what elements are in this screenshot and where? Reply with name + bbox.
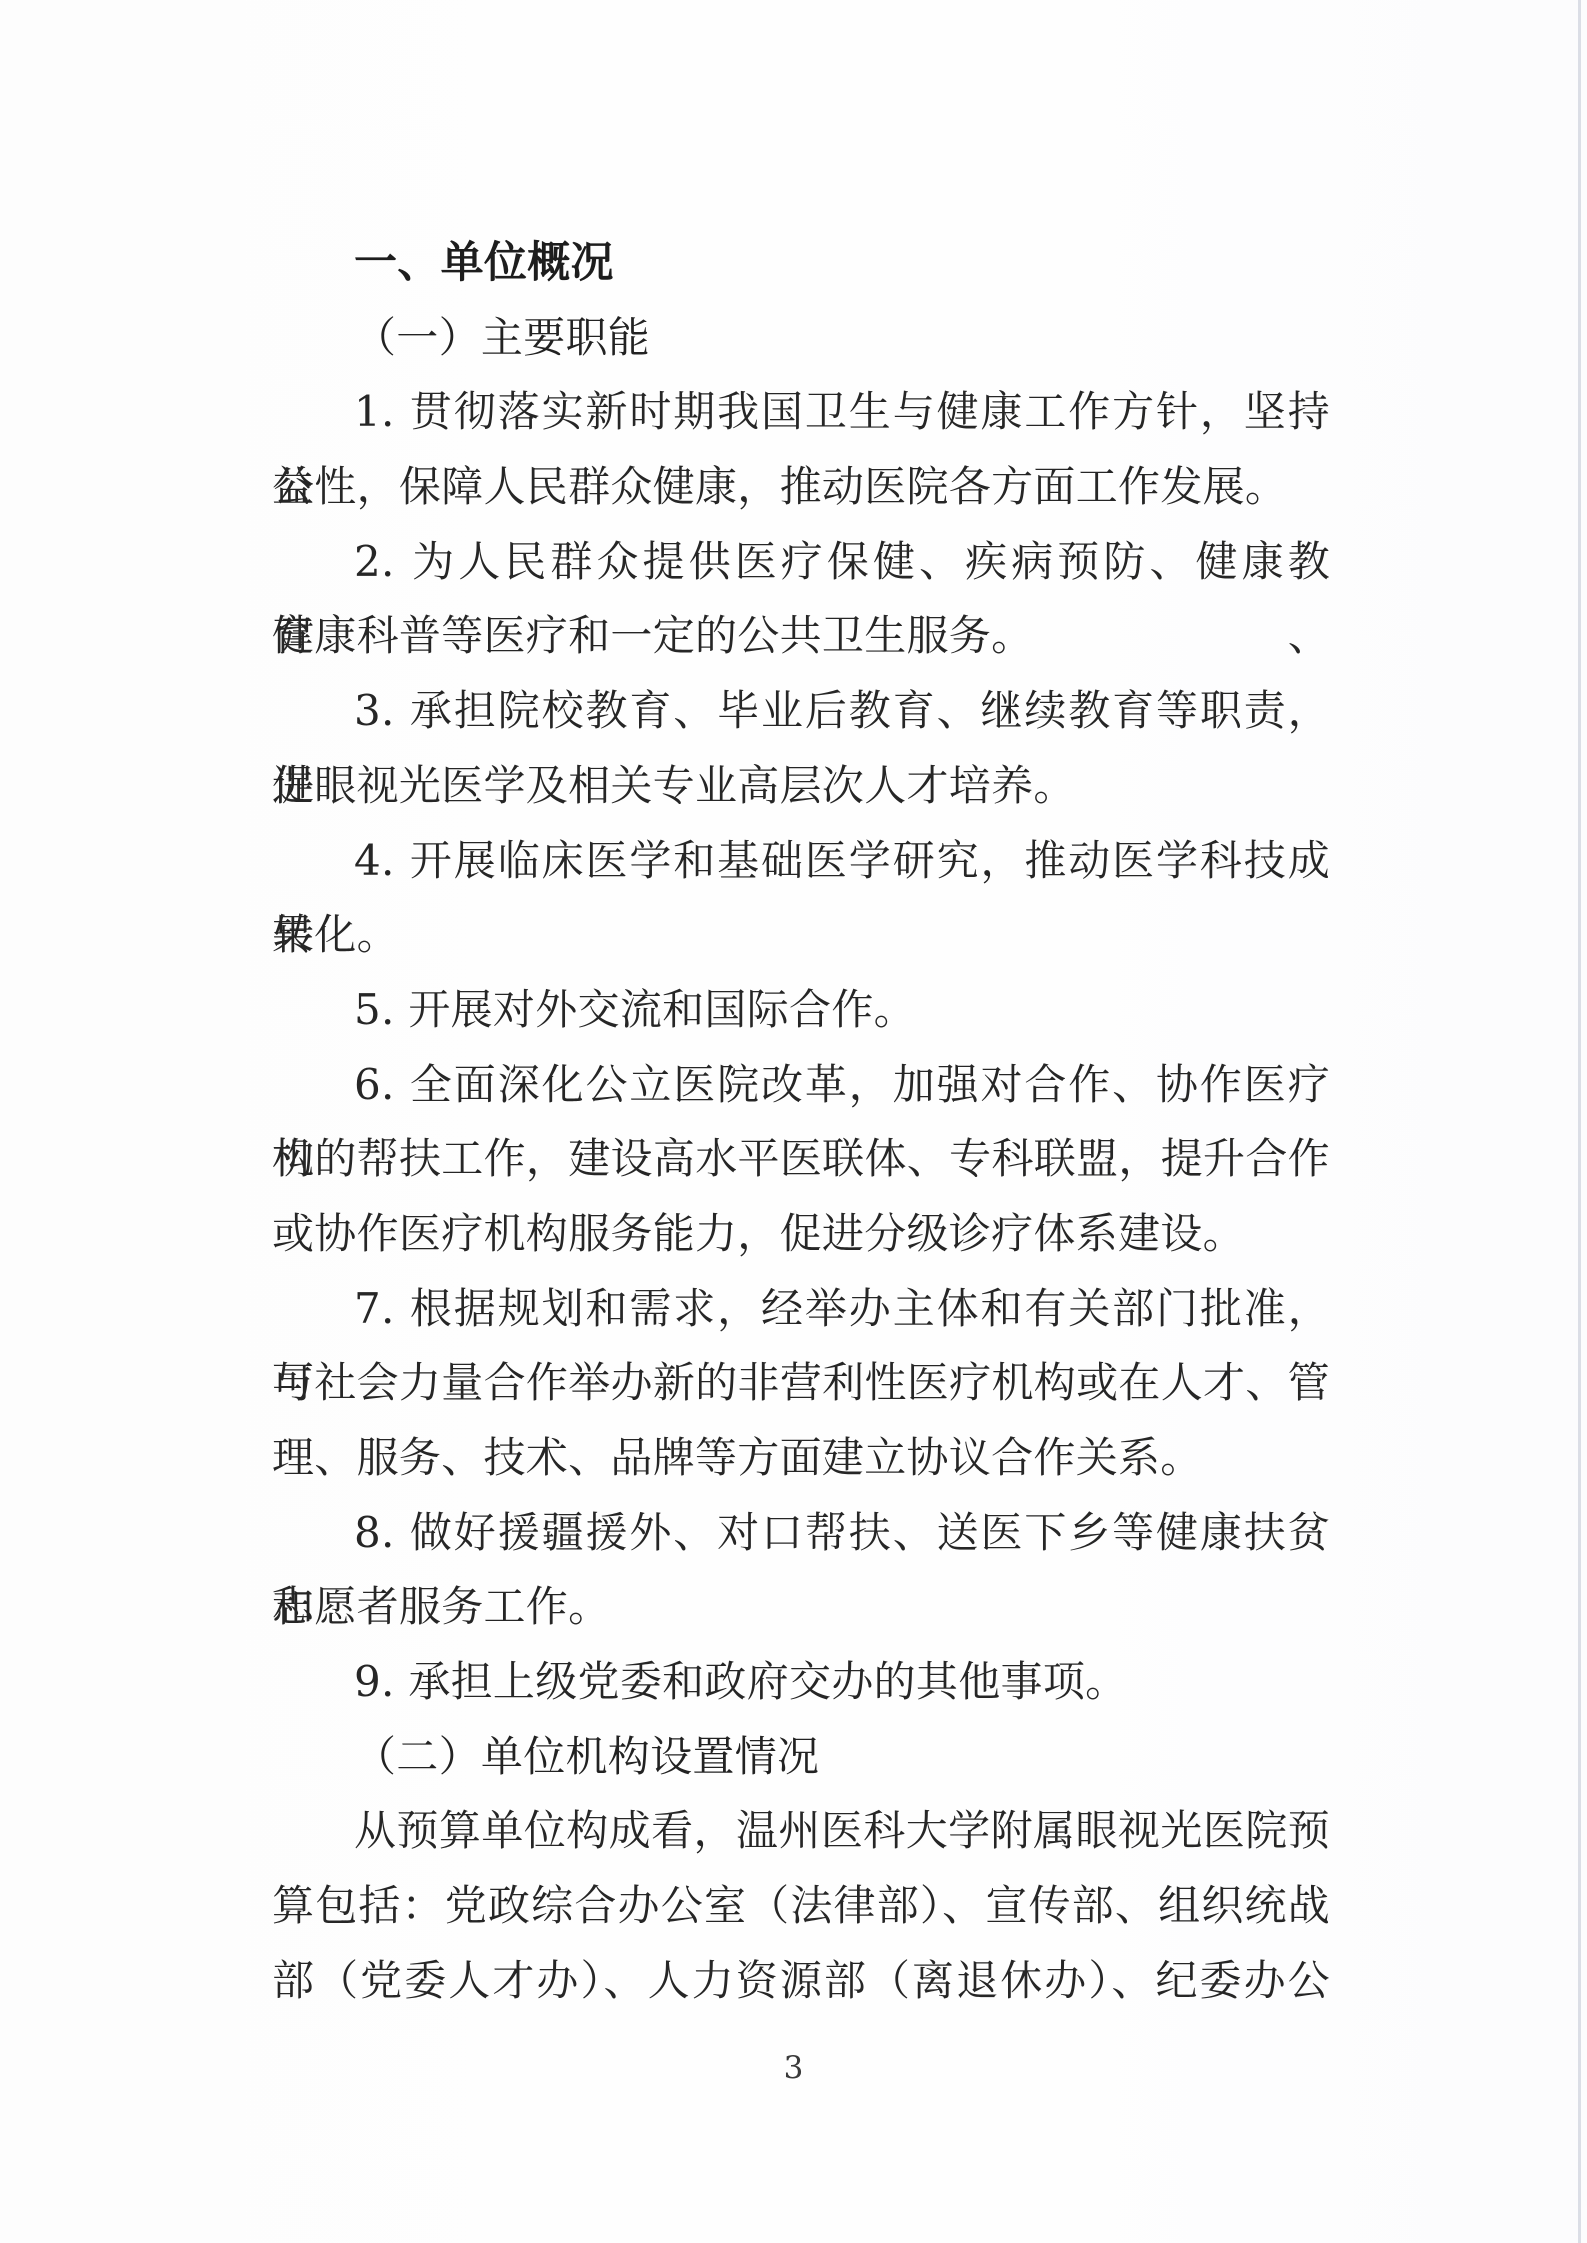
- text-line: 理、服务、技术、品牌等方面建立协议合作关系。: [272, 1421, 1330, 1496]
- scan-edge-line: [1578, 0, 1581, 2243]
- subsection-heading: （二）单位机构设置情况: [272, 1720, 1330, 1795]
- text-line: 9. 承担上级党委和政府交办的其他事项。: [272, 1645, 1330, 1720]
- subsection-heading: （一）主要职能: [272, 301, 1330, 376]
- document-page: 一、单位概况（一）主要职能1. 贯彻落实新时期我国卫生与健康工作方针，坚持公益性…: [0, 0, 1587, 2243]
- text-line: 4. 开展临床医学和基础医学研究，推动医学科技成果: [272, 824, 1330, 899]
- text-line: 进眼视光医学及相关专业高层次人才培养。: [272, 749, 1330, 824]
- text-line: 3. 承担院校教育、毕业后教育、继续教育等职责，促: [272, 674, 1330, 749]
- text-line: 2. 为人民群众提供医疗保健、疾病预防、健康教育、: [272, 525, 1330, 600]
- text-line: 与社会力量合作举办新的非营利性医疗机构或在人才、管: [272, 1346, 1330, 1421]
- document-body: 一、单位概况（一）主要职能1. 贯彻落实新时期我国卫生与健康工作方针，坚持公益性…: [272, 226, 1330, 2019]
- text-line: 益性，保障人民群众健康，推动医院各方面工作发展。: [272, 450, 1330, 525]
- text-line: 1. 贯彻落实新时期我国卫生与健康工作方针，坚持公: [272, 375, 1330, 450]
- text-line: 7. 根据规划和需求，经举办主体和有关部门批准，可: [272, 1272, 1330, 1347]
- page-number: 3: [0, 2038, 1587, 2098]
- text-line: 构的帮扶工作，建设高水平医联体、专科联盟，提升合作: [272, 1122, 1330, 1197]
- text-line: 从预算单位构成看，温州医科大学附属眼视光医院预: [272, 1794, 1330, 1869]
- text-line: 算包括：党政综合办公室（法律部）、宣传部、组织统战: [272, 1869, 1330, 1944]
- text-line: 6. 全面深化公立医院改革，加强对合作、协作医疗机: [272, 1048, 1330, 1123]
- text-line: 部（党委人才办）、人力资源部（离退休办）、纪委办公: [272, 1944, 1330, 2019]
- section-heading: 一、单位概况: [272, 226, 1330, 301]
- text-line: 转化。: [272, 898, 1330, 973]
- text-line: 5. 开展对外交流和国际合作。: [272, 973, 1330, 1048]
- text-line: 志愿者服务工作。: [272, 1570, 1330, 1645]
- text-line: 或协作医疗机构服务能力，促进分级诊疗体系建设。: [272, 1197, 1330, 1272]
- text-line: 8. 做好援疆援外、对口帮扶、送医下乡等健康扶贫和: [272, 1496, 1330, 1571]
